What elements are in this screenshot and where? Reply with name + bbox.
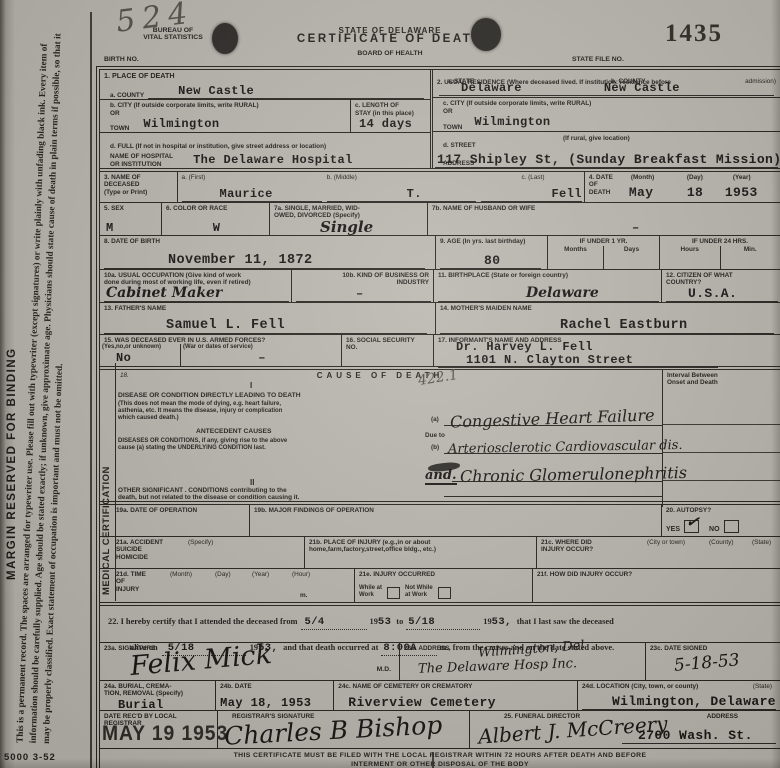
hospital-label: d. FULL (If not in hospital or instituti… [110, 143, 326, 150]
direct-cause-note: (This does not mean the mode of dying, e… [118, 401, 282, 422]
cemetery-label: 24c. NAME OF CEMETERY OR CREMATORY [338, 683, 575, 690]
direct-cause-label: DISEASE OR CONDITION DIRECTLY LEADING TO… [118, 392, 301, 399]
other-conditions-line [444, 482, 662, 497]
burial-type-label: 24a. BURIAL, CREMA- TION, REMOVAL (Speci… [104, 683, 213, 698]
major-findings-cell: 19b. MAJOR FINDINGS OF OPERATION [250, 505, 662, 536]
spouse-cell: 7b. NAME OF HUSBAND OR WIFE – [428, 203, 780, 235]
hospital-value: The Delaware Hospital [173, 153, 353, 168]
dod-day-value: 18 [687, 185, 703, 200]
injury-hour-label: (Hour) [292, 571, 310, 578]
form-number: 5000 3-52 [4, 752, 56, 763]
how-injury-label: 21f. HOW DID INJURY OCCUR? [537, 571, 778, 578]
punch-hole [212, 23, 238, 54]
rural-note: (If rural, give location) [563, 135, 630, 142]
under-1yr-label: IF UNDER 1 YR. [548, 236, 659, 245]
forces-sub1: (Yes,no,or unknown) [102, 344, 180, 351]
industry-cell: 10b. KIND OF BUSINESS OR INDUSTRY – [292, 270, 434, 302]
accident-specify: (Specify) [188, 539, 213, 546]
injury-state-label: (State) [752, 539, 771, 546]
medical-certification-strip: MEDICAL CERTIFICATION [100, 363, 116, 601]
date-of-operation-label: 19a. DATE OF OPERATION [116, 507, 247, 514]
registrar-signature-cell: REGISTRAR'S SIGNATURE Charles B Bishop [218, 711, 470, 748]
md-label: M.D. [377, 666, 391, 673]
printed-19b: 19 [483, 617, 491, 626]
spouse-value: – [432, 221, 778, 235]
antecedent-label: ANTECEDENT CAUSES [196, 428, 271, 435]
first-name-label: a. (First) [182, 174, 321, 181]
medical-certification-label: MEDICAL CERTIFICATION [101, 369, 112, 595]
date-signed-value: 5-18-53 [673, 650, 740, 676]
citizen-cell: 12. CITIZEN OF WHAT COUNTRY? U.S.A. [662, 270, 780, 302]
last-name-value: Fell [481, 187, 581, 201]
ssn-cell: 16. SOCIAL SECURITY NO. [342, 335, 434, 366]
citizen-label: 12. CITIZEN OF WHAT COUNTRY? [666, 272, 778, 287]
place-of-death-heading: 1. PLACE OF DEATH [104, 72, 428, 79]
burial-location-value: Wilmington, Delaware [582, 694, 776, 709]
accident-cell: 21a. ACCIDENT SUICIDE HOMICIDE (Specify) [100, 537, 305, 568]
birthplace-label: 11. BIRTHPLACE (State or foreign country… [438, 272, 659, 279]
occupation-value: Cabinet Maker [104, 285, 222, 301]
burial-location-label: 24d. LOCATION (City, town, or county) [582, 683, 698, 690]
injury-month-label: (Month) [170, 571, 192, 578]
age-label: 9. AGE (In yrs. last birthday) [440, 238, 545, 245]
burial-state-label: (State) [753, 683, 778, 690]
mother-label: 14. MOTHER'S MAIDEN NAME [440, 305, 778, 312]
injury-m-label: m. [300, 592, 307, 599]
where-injury-cell: 21c. WHERE DID INJURY OCCUR? (City or to… [537, 537, 780, 568]
armed-forces-label: 15. WAS DECEASED EVER IN U.S. ARMED FORC… [100, 335, 341, 344]
not-while-at-work-label: Not While at Work [405, 585, 433, 599]
name-heading: 3. NAME OF DECEASED (Type or Print) [104, 174, 175, 196]
industry-value: – [296, 287, 364, 301]
funeral-director-cell: 25. FUNERAL DIRECTOR ADDRESS Albert J. M… [470, 711, 780, 748]
age-value: 80 [440, 253, 500, 268]
while-at-work-checkbox [387, 587, 400, 599]
sex-cell: 5. SEX M [100, 203, 162, 235]
race-cell: 6. COLOR OR RACE W [162, 203, 270, 235]
res-city-town: TOWN [443, 124, 462, 131]
part-one: I [250, 382, 252, 389]
attended-from-year: 53 [378, 616, 391, 628]
race-label: 6. COLOR OR RACE [166, 205, 267, 212]
how-injury-cell: 21f. HOW DID INJURY OCCUR? [533, 569, 780, 602]
injury-occurred-cell: 21e. INJURY OCCURRED While at Work Not W… [355, 569, 533, 602]
place-of-injury-cell: 21b. PLACE OF INJURY (e.g.,in or about h… [305, 537, 537, 568]
autopsy-label: 20. AUTOPSY? [666, 507, 778, 514]
date-of-death-label: 4. DATE OF DEATH [585, 172, 625, 202]
res-city-value: Wilmington [462, 115, 550, 131]
cause-b-line: Arteriosclerotic Cardiovascular dis. [444, 432, 662, 454]
burial-type-cell: 24a. BURIAL, CREMA- TION, REMOVAL (Speci… [100, 681, 216, 710]
mother-cell: 14. MOTHER'S MAIDEN NAME Rachel Eastburn [436, 303, 780, 334]
hours-label: Hours [660, 246, 721, 269]
name-of-deceased-cell: 3. NAME OF DECEASED (Type or Print) [100, 172, 178, 202]
res-county-value: New Castle [522, 81, 680, 95]
birth-no-label: BIRTH NO. [104, 56, 139, 63]
citizen-value: U.S.A. [666, 286, 737, 301]
checkmark-icon: ✓ [685, 511, 701, 532]
county-label: a. COUNTY [104, 92, 144, 99]
cause-a-value: Congestive Heart Failure [450, 405, 655, 431]
interval-line [663, 424, 780, 425]
cause-b-label: (b) [431, 444, 439, 451]
informant-cell: 17. INFORMANT'S NAME AND ADDRESS Dr. Har… [434, 335, 780, 366]
while-at-work-label: While at Work [359, 585, 382, 599]
city-value: Wilmington [129, 117, 219, 132]
burial-date-value: May 18, 1953 [220, 696, 331, 710]
major-findings-label: 19b. MAJOR FINDINGS OF OPERATION [254, 507, 659, 514]
section-place-of-death: 1. PLACE OF DEATH a. COUNTY New Castle b… [100, 70, 433, 168]
due-to-label: Due to [425, 432, 445, 439]
attended-to-year: 53, [492, 616, 512, 628]
attended-from-value: 5/4 [301, 616, 325, 628]
sex-label: 5. SEX [104, 205, 159, 212]
burial-date-label: 24b. DATE [220, 683, 331, 690]
spouse-label: 7b. NAME OF HUSBAND OR WIFE [432, 205, 778, 212]
hospital-label-2: NAME OF HOSPITAL OR INSTITUTION [110, 153, 173, 168]
cause-b-value: Arteriosclerotic Cardiovascular dis. [448, 438, 683, 457]
fd-address-label: ADDRESS [707, 713, 778, 720]
bureau-label: BUREAU OF VITAL STATISTICS [128, 27, 218, 42]
birthplace-value: Delaware [438, 285, 599, 301]
cause-heading: CAUSE OF DEATH [100, 372, 660, 379]
city-label: b. CITY (If outside corporate limits, wr… [110, 102, 348, 109]
industry-label: 10b. KIND OF BUSINESS OR INDUSTRY [296, 272, 431, 287]
certify-pre: 22. I hereby certify that I attended the… [108, 617, 298, 626]
min-label: Min. [721, 246, 780, 269]
time-of-injury-cell: 21d. TIME OF INJURY (Month) (Day) (Year)… [100, 569, 355, 602]
occupation-cell: 10a. USUAL OCCUPATION (Give kind of work… [100, 270, 292, 302]
death-certificate-scan: MARGIN RESERVED FOR BINDING This is a pe… [0, 0, 780, 768]
birthplace-cell: 11. BIRTHPLACE (State or foreign country… [434, 270, 662, 302]
res-city-label: c. CITY (If outside corporate limits, wr… [443, 100, 778, 107]
date-of-death-cell: 4. DATE OF DEATH (Month) (Day) (Year) Ma… [585, 172, 780, 202]
autopsy-cell: 20. AUTOPSY? YES ✓ NO [662, 505, 780, 536]
informant-name: Dr. Harvey L. Fell [438, 342, 778, 353]
certify-post: that I last saw the deceased [517, 617, 614, 626]
certificate-number: 1435 [665, 20, 723, 48]
last-name-cell: c. (Last) Fell [477, 172, 584, 202]
certify-to: to [396, 617, 403, 626]
date-of-birth-cell: 8. DATE OF BIRTH November 11, 1872 [100, 236, 436, 269]
under-1yr-cell: IF UNDER 1 YR. Months Days [548, 236, 660, 269]
place-of-injury-label: 21b. PLACE OF INJURY (e.g.,in or about h… [309, 539, 534, 554]
months-label: Months [548, 246, 604, 269]
dob-value: November 11, 1872 [104, 253, 313, 268]
date-received-cell: DATE REC'D BY LOCAL REGISTRAR MAY 19 195… [100, 711, 218, 748]
dod-month-value: May [629, 185, 654, 200]
autopsy-yes-label: YES [666, 526, 680, 533]
physician-signature-cell: 23a. SIGNATURE Felix Mick M.D. [100, 643, 400, 680]
length-of-stay-value: 14 days [355, 117, 428, 131]
certification-statement: 22. I hereby certify that I attended the… [100, 602, 780, 642]
punch-hole [471, 18, 501, 51]
mother-value: Rachel Eastburn [440, 318, 688, 333]
physician-address-2: The Delaware Hosp Inc. [418, 656, 577, 677]
board-of-health: BOARD OF HEALTH [290, 50, 490, 57]
section-usual-residence: 2. USUAL RESIDENCE (Where deceased lived… [433, 70, 780, 168]
res-city-or: OR [443, 108, 778, 115]
dod-year-label: (Year) [733, 174, 751, 181]
autopsy-no-label: NO [709, 526, 720, 533]
physician-address-cell: 23b. ADDRESS Wilmington, Del The Delawar… [400, 643, 646, 680]
binding-margin-label: MARGIN RESERVED FOR BINDING [6, 128, 24, 580]
cemetery-value: Riverview Cemetery [338, 695, 575, 710]
injury-occurred-label: 21e. INJURY OCCURRED [359, 571, 530, 578]
time-of-injury-label: 21d. TIME OF INJURY [116, 571, 352, 593]
forces-value2: – [183, 351, 341, 365]
forces-sub2: (War or dates of service) [183, 344, 341, 351]
marital-cell: 7a. SINGLE, MARRIED, WID- OWED, DIVORCED… [270, 203, 428, 235]
ssn-label: 16. SOCIAL SECURITY NO. [346, 337, 431, 352]
burial-date-cell: 24b. DATE May 18, 1953 [216, 681, 334, 710]
injury-day-label: (Day) [215, 571, 231, 578]
date-signed-cell: 23c. DATE SIGNED 5-18-53 [646, 643, 780, 680]
dob-label: 8. DATE OF BIRTH [104, 238, 433, 245]
date-of-operation-cell: 19a. DATE OF OPERATION [100, 505, 250, 536]
printed-19: 19 [370, 617, 378, 626]
last-name-label: c. (Last) [481, 174, 581, 181]
antecedent-note: DISEASES OR CONDITIONS, if any, giving r… [118, 438, 287, 452]
marital-value: Single [274, 218, 425, 236]
armed-forces-cell: 15. WAS DECEASED EVER IN U.S. ARMED FORC… [100, 335, 342, 366]
part-two: II [250, 479, 254, 486]
middle-name-label: b. (Middle) [327, 174, 476, 181]
dod-year-value: 1953 [725, 185, 758, 200]
father-cell: 13. FATHER'S NAME Samuel L. Fell [100, 303, 436, 334]
cause-a-line: Congestive Heart Failure [444, 403, 662, 426]
length-of-stay-label: c. LENGTH OF STAY (in this place) [355, 102, 428, 117]
dod-month-label: (Month) [631, 174, 654, 181]
middle-name-cell: b. (Middle) T. [323, 172, 478, 202]
cause-c-line: Chronic Glomerulonephritis [452, 458, 662, 482]
state-file-no-label: STATE FILE NO. [572, 56, 624, 63]
city-town: TOWN [110, 125, 129, 132]
filing-instructions: THIS CERTIFICATE MUST BE FILED WITH THE … [100, 749, 780, 768]
interval-label: Interval Between Onset and Death [663, 370, 780, 387]
under-24h-label: IF UNDER 24 HRS. [660, 236, 780, 245]
margin-instructions: This is a permanent record. The spaces a… [14, 25, 105, 745]
race-value: W [166, 221, 267, 235]
res-state-value: Delaware [439, 81, 522, 95]
middle-name-value: T. [327, 187, 422, 201]
sex-value: M [104, 221, 159, 235]
fold-mark [432, 752, 434, 768]
injury-county-label: (County) [709, 539, 734, 546]
days-label: Days [604, 246, 659, 269]
injury-city-label: (City or town) [647, 539, 685, 546]
burial-location-cell: 24d. LOCATION (City, town, or county) (S… [578, 681, 780, 710]
cause-a-label: (a) [431, 416, 439, 423]
under-24h-cell: IF UNDER 24 HRS. Hours Min. [660, 236, 780, 269]
county-value: New Castle [148, 84, 254, 98]
first-name-value: Maurice [182, 187, 273, 201]
cemetery-cell: 24c. NAME OF CEMETERY OR CREMATORY River… [334, 681, 578, 710]
injury-year-label: (Year) [252, 571, 269, 578]
city-or: OR [110, 110, 348, 117]
autopsy-yes-checkbox: ✓ [684, 520, 699, 533]
dod-day-label: (Day) [687, 174, 703, 181]
not-while-at-work-checkbox [438, 587, 451, 599]
attended-to-value: 5/18 [406, 616, 435, 628]
other-conditions-label: OTHER SIGNIFICANT . CONDITIONS contribut… [118, 487, 299, 502]
father-label: 13. FATHER'S NAME [104, 305, 433, 312]
certificate-form: 1. PLACE OF DEATH a. COUNTY New Castle b… [96, 66, 780, 768]
cause-of-death-section: 18. CAUSE OF DEATH Interval Between Onse… [100, 370, 780, 501]
father-value: Samuel L. Fell [104, 318, 285, 333]
autopsy-no-checkbox [724, 520, 739, 533]
age-cell: 9. AGE (In yrs. last birthday) 80 [436, 236, 548, 269]
first-name-cell: a. (First) Maurice [178, 172, 323, 202]
margin-divider-line [90, 12, 92, 768]
street-value: 117 Shipley St, (Sunday Breakfast Missio… [435, 152, 780, 167]
